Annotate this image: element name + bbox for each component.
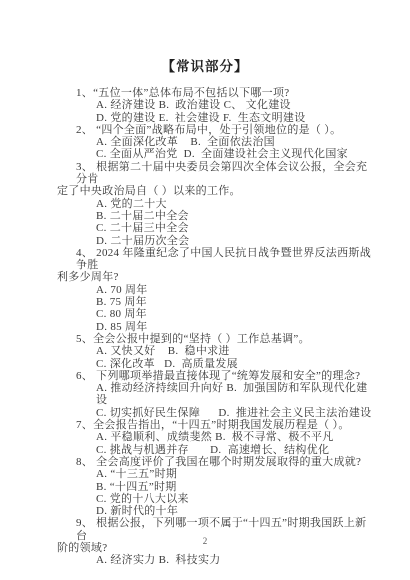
- option-line: A. 又快又好 B. 稳中求进: [57, 345, 375, 357]
- question-line: 5、全会公报中提到的“坚持（ ）工作总基调”。: [57, 333, 375, 345]
- option-line: D. 85 周年: [57, 321, 375, 333]
- option-line: A. 平稳顺利、成绩斐然 B. 极不寻常、极不平凡: [57, 431, 375, 443]
- option-line: C. 80 周年: [57, 308, 375, 320]
- option-line: B. “十四五”时期: [57, 481, 375, 493]
- question-line: 4、 2024 年隆重纪念了中国人民抗日战争暨世界反法西斯战争胜: [57, 247, 375, 272]
- option-line: C. 切实抓好民生保障 D. 推进社会主义民主法治建设: [57, 407, 375, 419]
- option-line: C. 党的十八大以来: [57, 493, 375, 505]
- option-line: A. “十三五”时期: [57, 468, 375, 480]
- option-line: D. 二十届历次全会: [57, 235, 375, 247]
- question-line: 3、 根据第二十届中央委员会第四次全体会议公报，全会充分肯: [57, 161, 375, 186]
- option-line: A. 推动经济持续回升向好 B. 加强国防和军队现代化建设: [57, 382, 375, 407]
- option-line: D. 党的建设 E. 社会建设 F. 生态文明建设: [57, 112, 375, 124]
- option-line: B. 二十届二中全会: [57, 210, 375, 222]
- document-page: 【常识部分】 1、“五位一体”总体布局不包括以下哪一项?A. 经济建设 B. 政…: [0, 0, 410, 580]
- option-line: C. 挑战与机遇并存 D. 高速增长、结构优化: [57, 444, 375, 456]
- option-line: C. 二十届三中全会: [57, 222, 375, 234]
- option-line: A. 全面深化改革 B. 全面依法治国: [57, 136, 375, 148]
- option-line: B. 75 周年: [57, 296, 375, 308]
- section-title: 【常识部分】: [0, 55, 410, 75]
- question-line: 利多少周年?: [57, 271, 375, 283]
- question-line: 1、“五位一体”总体布局不包括以下哪一项?: [57, 87, 375, 99]
- question-line: 7、全会报告指出，“十四五”时期我国发展历程是（ ）。: [57, 419, 375, 431]
- questions-container: 1、“五位一体”总体布局不包括以下哪一项?A. 经济建设 B. 政治建设 C、 …: [57, 87, 375, 567]
- question-line: 定了中央政治局自（ ）以来的工作。: [57, 185, 375, 197]
- question-line: 6、 下列哪项举措最直接体现了“统筹发展和安全”的理念?: [57, 370, 375, 382]
- question-line: 2、 “四个全面”战略布局中，处于引领地位的是（ ）。: [57, 124, 375, 136]
- option-line: A. 经济实力 B. 科技实力: [57, 554, 375, 566]
- option-line: C. 深化改革 D. 高质量发展: [57, 358, 375, 370]
- option-line: A. 经济建设 B. 政治建设 C、 文化建设: [57, 99, 375, 111]
- option-line: C. 全面从严治党 D. 全面建设社会主义现代化国家: [57, 148, 375, 160]
- page-number: 2: [0, 536, 410, 546]
- question-line: 8、 全会高度评价了我国在哪个时期发展取得的重大成就?: [57, 456, 375, 468]
- option-line: A. 党的二十大: [57, 198, 375, 210]
- option-line: D. 新时代的十年: [57, 505, 375, 517]
- option-line: A. 70 周年: [57, 284, 375, 296]
